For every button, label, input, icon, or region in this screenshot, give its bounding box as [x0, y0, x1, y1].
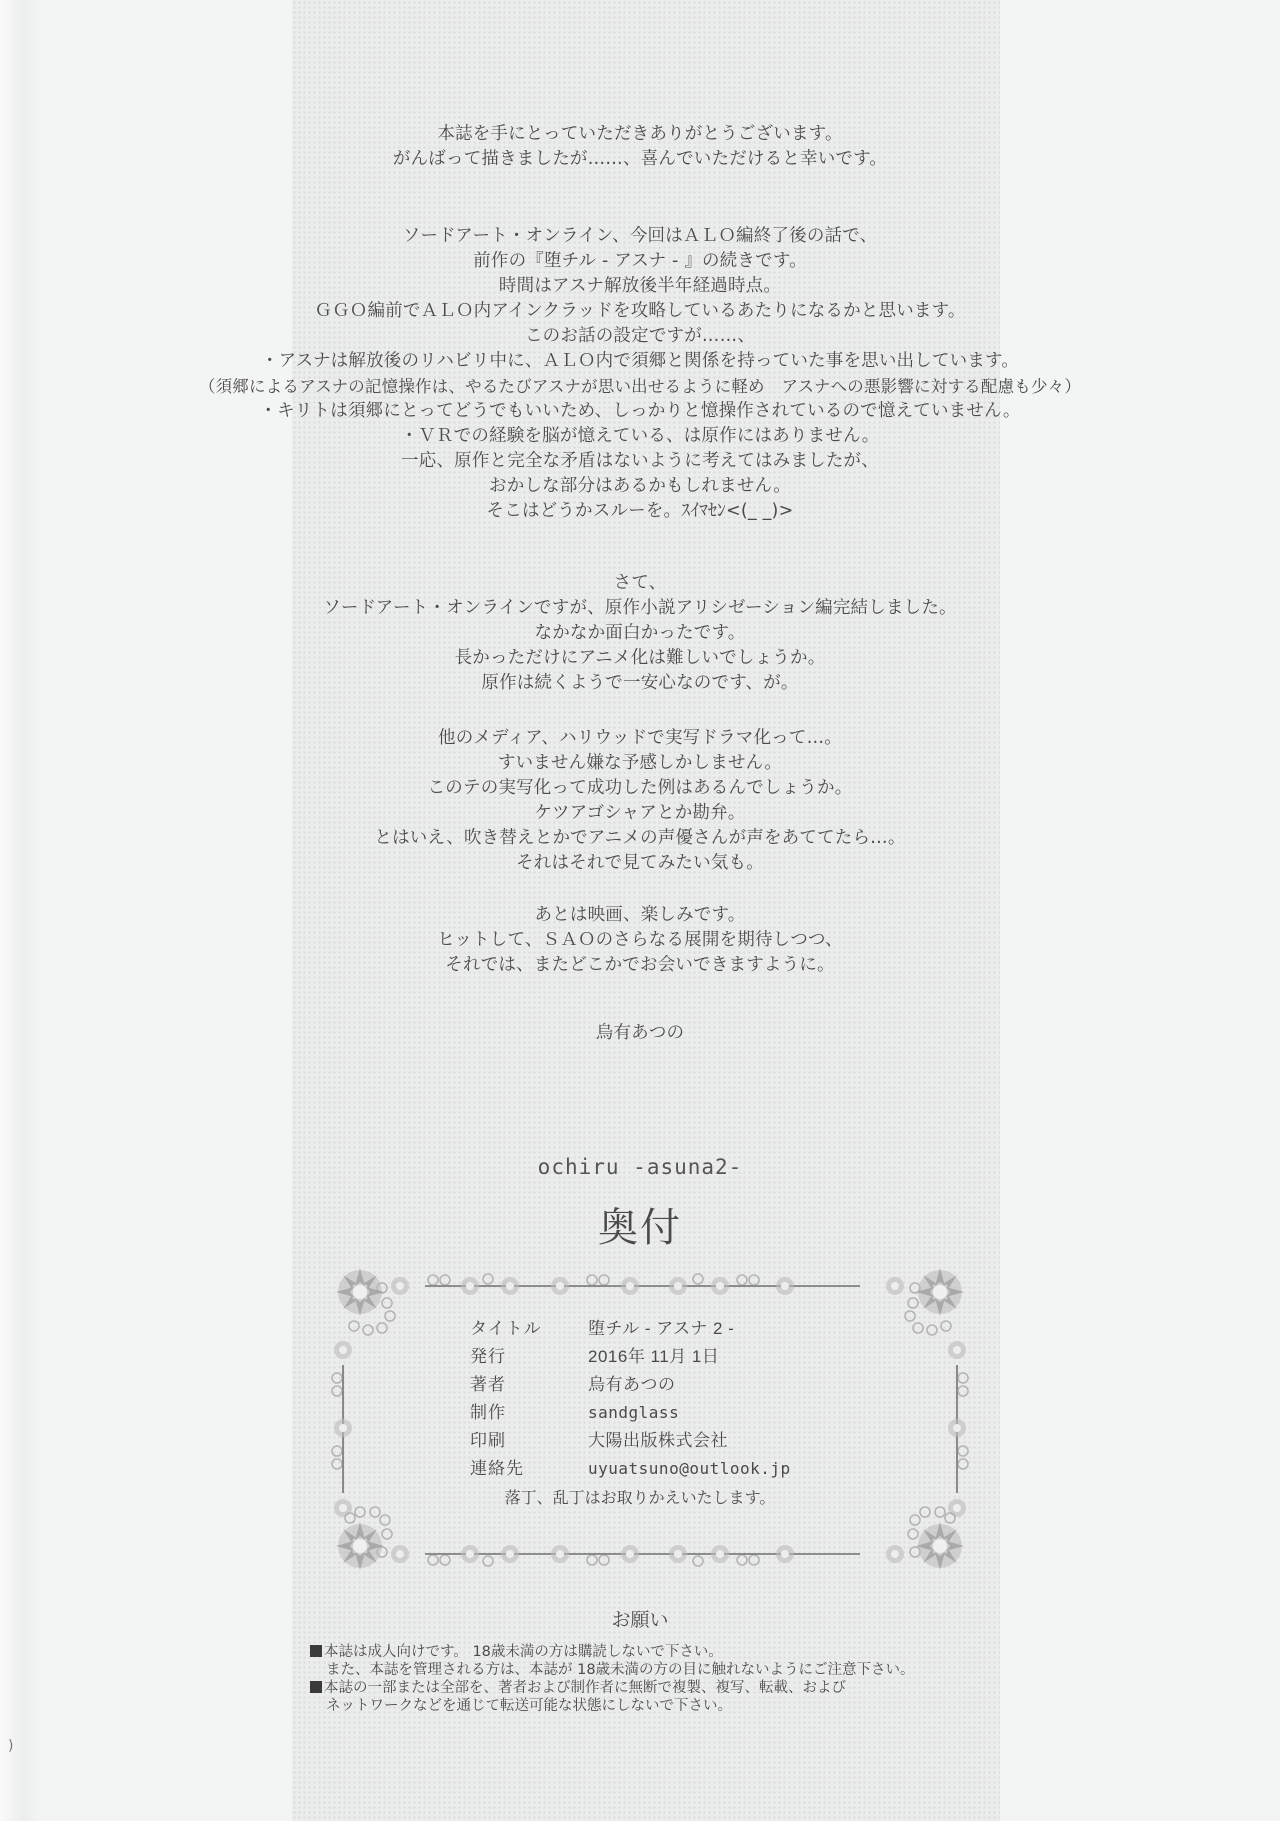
- colophon-row-issue-date: 発行 2016年 11月 1日: [470, 1343, 791, 1371]
- row-label: タイトル: [470, 1315, 588, 1343]
- contact-email: uyuatsuno@outlook.jp: [588, 1455, 791, 1483]
- text-line: それはそれで見てみたい気も。: [0, 851, 1280, 876]
- misprint-note: 落丁、乱丁はお取りかえいたします。: [0, 1485, 1280, 1508]
- notice-text: ネットワークなどを通じて転送可能な状態にしないで下さい。: [310, 1697, 915, 1715]
- text-line: そこはどうかスルーを。ｽｲﾏｾﾝ<(_ _)>: [0, 499, 1280, 524]
- text-line: （須郷によるアスナの記憶操作は、やるたびアスナが思い出せるように軽め アスナへの…: [0, 374, 1280, 399]
- text-line: 時間はアスナ解放後半年経過時点。: [0, 274, 1280, 299]
- request-heading: お願い: [0, 1605, 1280, 1632]
- author-signature: 烏有あつの: [0, 1021, 1280, 1046]
- notice-text: 本誌の一部または全部を、著者および制作者に無断で複製、複写、転載、および: [324, 1680, 846, 1696]
- row-value: 堕チル - アスナ 2 -: [588, 1315, 734, 1343]
- row-label: 制作: [470, 1399, 588, 1427]
- colophon-row-title: タイトル 堕チル - アスナ 2 -: [470, 1315, 791, 1343]
- text-line: がんばって描きましたが……、喜んでいただけると幸いです。: [0, 147, 1280, 172]
- notice-item: 本誌は成人向けです。 18歳未満の方は購読しないで下さい。: [310, 1643, 915, 1661]
- row-value: 大陽出版株式会社: [588, 1427, 728, 1455]
- text-line: ヒットして、ＳＡＯのさらなる展開を期待しつつ、: [0, 928, 1280, 953]
- text-line: 長かっただけにアニメ化は難しいでしょうか。: [0, 646, 1280, 671]
- square-bullet-icon: [310, 1681, 322, 1693]
- text-line: このテの実写化って成功した例はあるんでしょうか。: [0, 776, 1280, 801]
- colophon-heading: 奥付: [0, 1196, 1280, 1253]
- text-line: 本誌を手にとっていただきありがとうございます。: [0, 122, 1280, 147]
- text-line: 前作の『堕チル - アスナ - 』の続きです。: [0, 249, 1280, 274]
- text-line: すいません嫌な予感しかしません。: [0, 751, 1280, 776]
- colophon-row-author: 著者 烏有あつの: [470, 1371, 791, 1399]
- text-line: ソードアート・オンライン、今回はＡＬＯ編終了後の話で、: [0, 224, 1280, 249]
- text-line: なかなか面白かったです。: [0, 621, 1280, 646]
- text-line: さて、: [0, 571, 1280, 596]
- afterword-greeting: 本誌を手にとっていただきありがとうございます。 がんばって描きましたが……、喜ん…: [0, 122, 1280, 172]
- text-line: ・ＶＲでの経験を脳が憶えている、は原作にはありません。: [0, 424, 1280, 449]
- signature-text: 烏有あつの: [0, 1021, 1280, 1046]
- text-line: とはいえ、吹き替えとかでアニメの声優さんが声をあててたら…。: [0, 826, 1280, 851]
- text-line: あとは映画、楽しみです。: [0, 903, 1280, 928]
- row-label: 連絡先: [470, 1455, 588, 1483]
- page-margin-mark: ): [8, 1738, 13, 1754]
- afterword-closing: あとは映画、楽しみです。 ヒットして、ＳＡＯのさらなる展開を期待しつつ、 それで…: [0, 903, 1280, 978]
- text-line: おかしな部分はあるかもしれません。: [0, 474, 1280, 499]
- notice-text: 本誌は成人向けです。 18歳未満の方は購読しないで下さい。: [324, 1644, 723, 1660]
- square-bullet-icon: [310, 1645, 322, 1657]
- notice-text: また、本誌を管理される方は、本誌が 18歳未満の方の目に触れないようにご注意下さ…: [310, 1661, 915, 1679]
- colophon-row-printer: 印刷 大陽出版株式会社: [470, 1427, 791, 1455]
- notice-item: 本誌の一部または全部を、著者および制作者に無断で複製、複写、転載、および: [310, 1679, 915, 1697]
- row-label: 著者: [470, 1371, 588, 1399]
- row-label: 発行: [470, 1343, 588, 1371]
- colophon-row-contact: 連絡先 uyuatsuno@outlook.jp: [470, 1455, 791, 1483]
- text-line: 一応、原作と完全な矛盾はないように考えてはみましたが、: [0, 449, 1280, 474]
- text-line: ソードアート・オンラインですが、原作小説アリシゼーション編完結しました。: [0, 596, 1280, 621]
- text-line: ・アスナは解放後のリハビリ中に、ＡＬＯ内で須郷と関係を持っていた事を思い出してい…: [0, 349, 1280, 374]
- text-line: それでは、またどこかでお会いできますように。: [0, 953, 1280, 978]
- text-line: ケツアゴシャアとか勘弁。: [0, 801, 1280, 826]
- text-line: ・キリトは須郷にとってどうでもいいため、しっかりと憶操作されているので憶えていま…: [0, 399, 1280, 424]
- afterword-setting: ソードアート・オンライン、今回はＡＬＯ編終了後の話で、 前作の『堕チル - アス…: [0, 224, 1280, 524]
- text-line: 原作は続くようで一安心なのです、が。: [0, 671, 1280, 696]
- row-value: sandglass: [588, 1399, 679, 1427]
- request-notice-list: 本誌は成人向けです。 18歳未満の方は購読しないで下さい。 また、本誌を管理され…: [310, 1643, 915, 1715]
- afterword-novel-comment: さて、 ソードアート・オンラインですが、原作小説アリシゼーション編完結しました。…: [0, 571, 1280, 696]
- afterword-live-action-comment: 他のメディア、ハリウッドで実写ドラマ化って…。 すいません嫌な予感しかしません。…: [0, 726, 1280, 876]
- row-value: 2016年 11月 1日: [588, 1343, 719, 1371]
- colophon-english-title: ochiru -asuna2-: [0, 1155, 1280, 1179]
- colophon-row-production: 制作 sandglass: [470, 1399, 791, 1427]
- text-line: ＧＧＯ編前でＡＬＯ内アインクラッドを攻略しているあたりになるかと思います。: [0, 299, 1280, 324]
- text-line: 他のメディア、ハリウッドで実写ドラマ化って…。: [0, 726, 1280, 751]
- text-line: このお話の設定ですが……、: [0, 324, 1280, 349]
- colophon-info-table: タイトル 堕チル - アスナ 2 - 発行 2016年 11月 1日 著者 烏有…: [470, 1315, 791, 1483]
- row-label: 印刷: [470, 1427, 588, 1455]
- row-value: 烏有あつの: [588, 1371, 676, 1399]
